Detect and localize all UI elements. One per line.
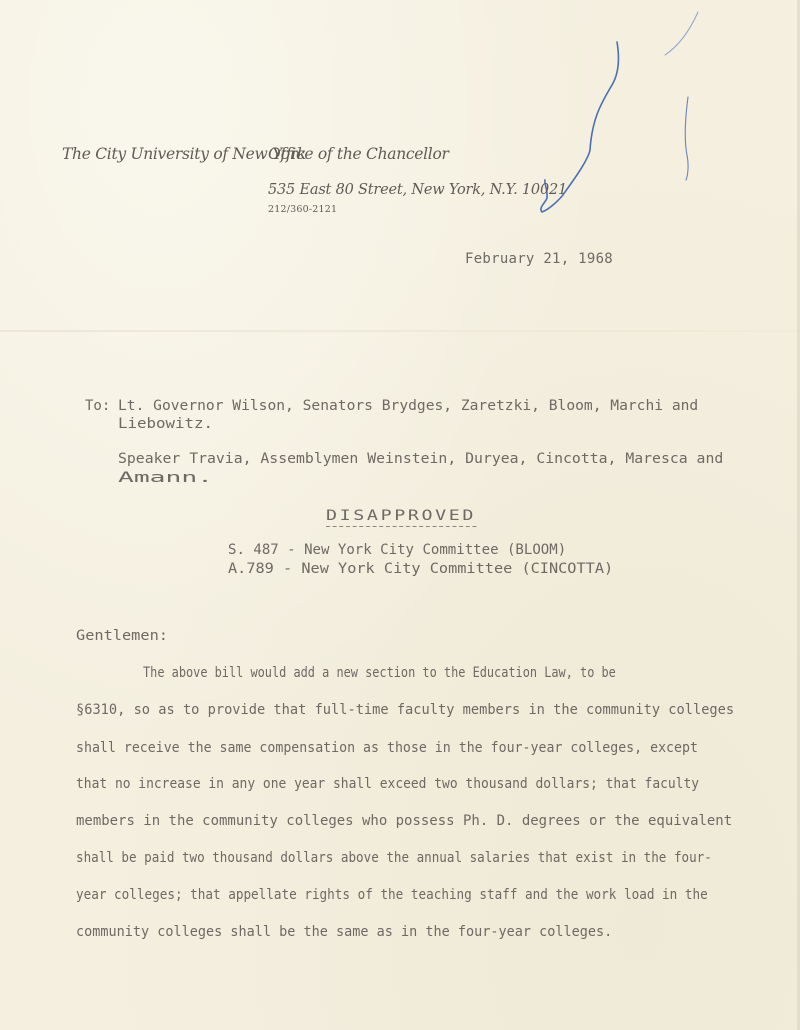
body-line: that no increase in any one year shall e… xyxy=(76,776,699,792)
recipients-label: To: xyxy=(85,398,110,414)
recipients-line: Amann. xyxy=(118,470,213,486)
body-line: members in the community colleges who po… xyxy=(76,813,732,829)
body-line: The above bill would add a new section t… xyxy=(143,665,616,681)
body-line: shall receive the same compensation as t… xyxy=(76,740,698,756)
recipients-line: Speaker Travia, Assemblymen Weinstein, D… xyxy=(118,451,723,467)
body-line: shall be paid two thousand dollars above… xyxy=(76,850,712,866)
body-line: year colleges; that appellate rights of … xyxy=(76,887,708,903)
paper-fold-line xyxy=(0,330,800,332)
body-line: §6310, so as to provide that full-time f… xyxy=(76,702,734,718)
letter-date: February 21, 1968 xyxy=(465,251,613,267)
bill-reference: A.789 - New York City Committee (CINCOTT… xyxy=(228,561,613,577)
bill-reference: S. 487 - New York City Committee (BLOOM) xyxy=(228,542,566,558)
letterhead-phone: 212/360-2121 xyxy=(268,204,337,215)
letterhead-office: Office of the Chancellor xyxy=(268,145,449,163)
recipients-line: Lt. Governor Wilson, Senators Brydges, Z… xyxy=(118,398,698,414)
letterhead-address: 535 East 80 Street, New York, N.Y. 10021 xyxy=(268,182,567,198)
recipients-line: Liebowitz. xyxy=(118,416,213,432)
salutation: Gentlemen: xyxy=(76,628,168,644)
body-line: community colleges shall be the same as … xyxy=(76,924,612,940)
status-heading: DISAPPROVED xyxy=(326,508,476,527)
